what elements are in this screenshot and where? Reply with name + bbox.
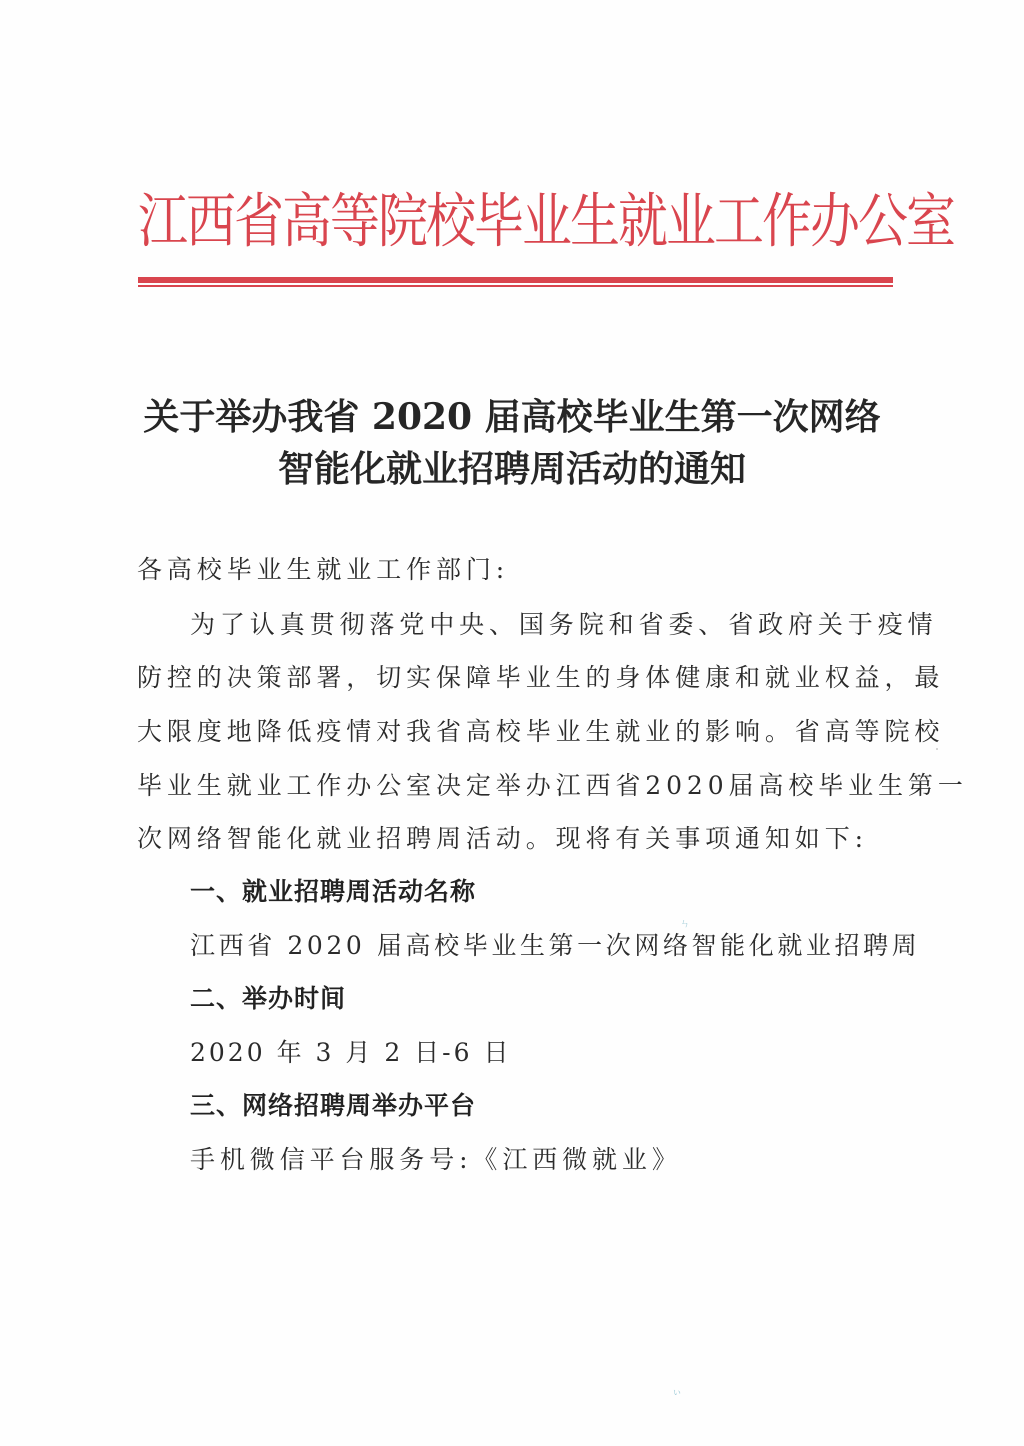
intro-paragraph-line: 为了认真贯彻落党中央、国务院和省委、省政府关于疫情 — [190, 610, 938, 640]
section-heading-time: 二、举办时间 — [190, 984, 346, 1014]
scan-artifact-mark: ぃ — [672, 1383, 682, 1398]
scan-artifact-dot — [936, 748, 938, 750]
letterhead-red-rule-thin — [138, 285, 893, 287]
scan-artifact-mark: ㄣ — [680, 915, 690, 930]
intro-paragraph-line: 大限度地降低疫情对我省高校毕业生就业的影响。省高等院校 — [137, 717, 944, 747]
section-content-platform: 手机微信平台服务号:《江西微就业》 — [190, 1145, 682, 1175]
letterhead-org-name: 江西省高等院校毕业生就业工作办公室 — [138, 186, 894, 257]
intro-paragraph-line: 次网络智能化就业招聘周活动。现将有关事项通知如下: — [137, 824, 868, 854]
salutation: 各高校毕业生就业工作部门: — [137, 555, 509, 585]
section-content-time: 2020 年 3 月 2 日-6 日 — [190, 1038, 511, 1068]
intro-paragraph-line: 防控的决策部署，切实保障毕业生的身体健康和就业权益，最 — [137, 663, 944, 693]
document-title-line-2: 智能化就业招聘周活动的通知 — [130, 447, 894, 491]
section-heading-activity-name: 一、就业招聘周活动名称 — [190, 877, 476, 907]
section-content-activity-name: 江西省 2020 届高校毕业生第一次网络智能化就业招聘周 — [190, 931, 920, 961]
letterhead-red-rule-thick — [138, 277, 893, 283]
document-page: 江西省高等院校毕业生就业工作办公室 关于举办我省 2020 届高校毕业生第一次网… — [0, 0, 1024, 1446]
intro-paragraph-line: 毕业生就业工作办公室决定举办江西省2020届高校毕业生第一 — [137, 771, 968, 801]
section-heading-platform: 三、网络招聘周举办平台 — [190, 1091, 476, 1121]
document-title-line-1: 关于举办我省 2020 届高校毕业生第一次网络 — [130, 395, 894, 439]
